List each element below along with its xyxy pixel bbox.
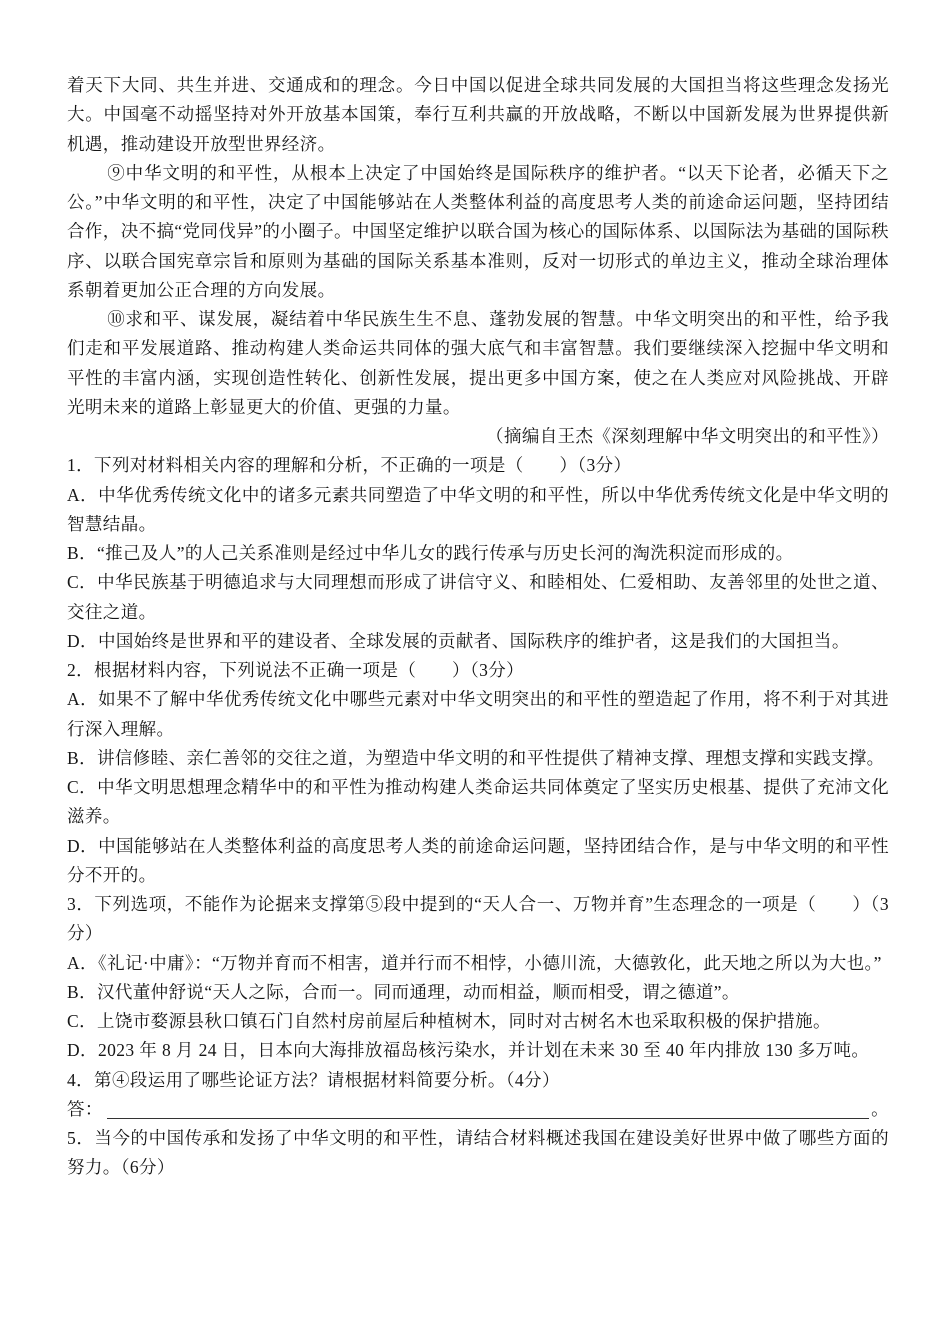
question-2-option-d: D．中国能够站在人类整体利益的高度思考人类的前途命运问题，坚持团结合作，是与中华… — [67, 832, 889, 891]
question-3-option-b: B．汉代董仲舒说“天人之际，合而一。同而通理，动而相益，顺而相受，谓之德道”。 — [67, 978, 889, 1007]
answer-label: 答： — [67, 1095, 103, 1124]
question-3: 3．下列选项，不能作为论据来支撑第⑤段中提到的“天人合一、万物并育”生态理念的一… — [67, 890, 889, 1066]
article-paragraph-10: ⑩求和平、谋发展，凝结着中华民族生生不息、蓬勃发展的智慧。中华文明突出的和平性，… — [67, 305, 889, 422]
question-1-option-a: A．中华优秀传统文化中的诸多元素共同塑造了中华文明的和平性，所以中华优秀传统文化… — [67, 481, 889, 540]
article-paragraph-9: ⑨中华文明的和平性，从根本上决定了中国始终是国际秩序的维护者。“以天下论者，必循… — [67, 159, 889, 305]
question-2: 2．根据材料内容，下列说法不正确一项是（ ）（3分） A．如果不了解中华优秀传统… — [67, 656, 889, 890]
question-1-option-b: B．“推己及人”的人己关系准则是经过中华儿女的践行传承与历史长河的淘洗积淀而形成… — [67, 539, 889, 568]
question-3-stem: 3．下列选项，不能作为论据来支撑第⑤段中提到的“天人合一、万物并育”生态理念的一… — [67, 890, 889, 949]
question-1-option-d: D．中国始终是世界和平的建设者、全球发展的贡献者、国际秩序的维护者，这是我们的大… — [67, 627, 889, 656]
question-1-option-c: C．中华民族基于明德追求与大同理想而形成了讲信守义、和睦相处、仁爱相助、友善邻里… — [67, 568, 889, 627]
question-4-stem: 4．第④段运用了哪些论证方法？请根据材料简要分析。（4分） — [67, 1066, 889, 1095]
answer-suffix: 。 — [871, 1095, 889, 1124]
question-4-answer-line: 答： 。 — [67, 1095, 889, 1124]
question-2-option-c: C．中华文明思想理念精华中的和平性为推动构建人类命运共同体奠定了坚实历史根基、提… — [67, 773, 889, 832]
question-1-stem: 1．下列对材料相关内容的理解和分析，不正确的一项是（ ）（3分） — [67, 451, 889, 480]
article-paragraph-continuation: 着天下大同、共生并进、交通成和的理念。今日中国以促进全球共同发展的大国担当将这些… — [67, 71, 889, 159]
question-3-option-a: A．《礼记·中庸》：“万物并育而不相害，道并行而不相悖，小德川流，大德敦化，此天… — [67, 949, 889, 978]
answer-blank-line — [107, 1095, 869, 1124]
question-3-option-c: C．上饶市婺源县秋口镇石门自然村房前屋后种植树木，同时对古树名木也采取积极的保护… — [67, 1007, 889, 1036]
question-5: 5．当今的中国传承和发扬了中华文明的和平性，请结合材料概述我国在建设美好世界中做… — [67, 1124, 889, 1183]
question-5-stem: 5．当今的中国传承和发扬了中华文明的和平性，请结合材料概述我国在建设美好世界中做… — [67, 1124, 889, 1183]
question-2-option-b: B．讲信修睦、亲仁善邻的交往之道，为塑造中华文明的和平性提供了精神支撑、理想支撑… — [67, 744, 889, 773]
question-2-option-a: A．如果不了解中华优秀传统文化中哪些元素对中华文明突出的和平性的塑造起了作用，将… — [67, 685, 889, 744]
question-4: 4．第④段运用了哪些论证方法？请根据材料简要分析。（4分） 答： 。 — [67, 1066, 889, 1125]
question-1: 1．下列对材料相关内容的理解和分析，不正确的一项是（ ）（3分） A．中华优秀传… — [67, 451, 889, 656]
question-2-stem: 2．根据材料内容，下列说法不正确一项是（ ）（3分） — [67, 656, 889, 685]
question-3-option-d: D．2023 年 8 月 24 日，日本向大海排放福岛核污染水，并计划在未来 3… — [67, 1036, 889, 1065]
exam-document-page: 着天下大同、共生并进、交通成和的理念。今日中国以促进全球共同发展的大国担当将这些… — [0, 0, 950, 1344]
attribution-line: （摘编自王杰《深刻理解中华文明突出的和平性》） — [67, 422, 889, 451]
